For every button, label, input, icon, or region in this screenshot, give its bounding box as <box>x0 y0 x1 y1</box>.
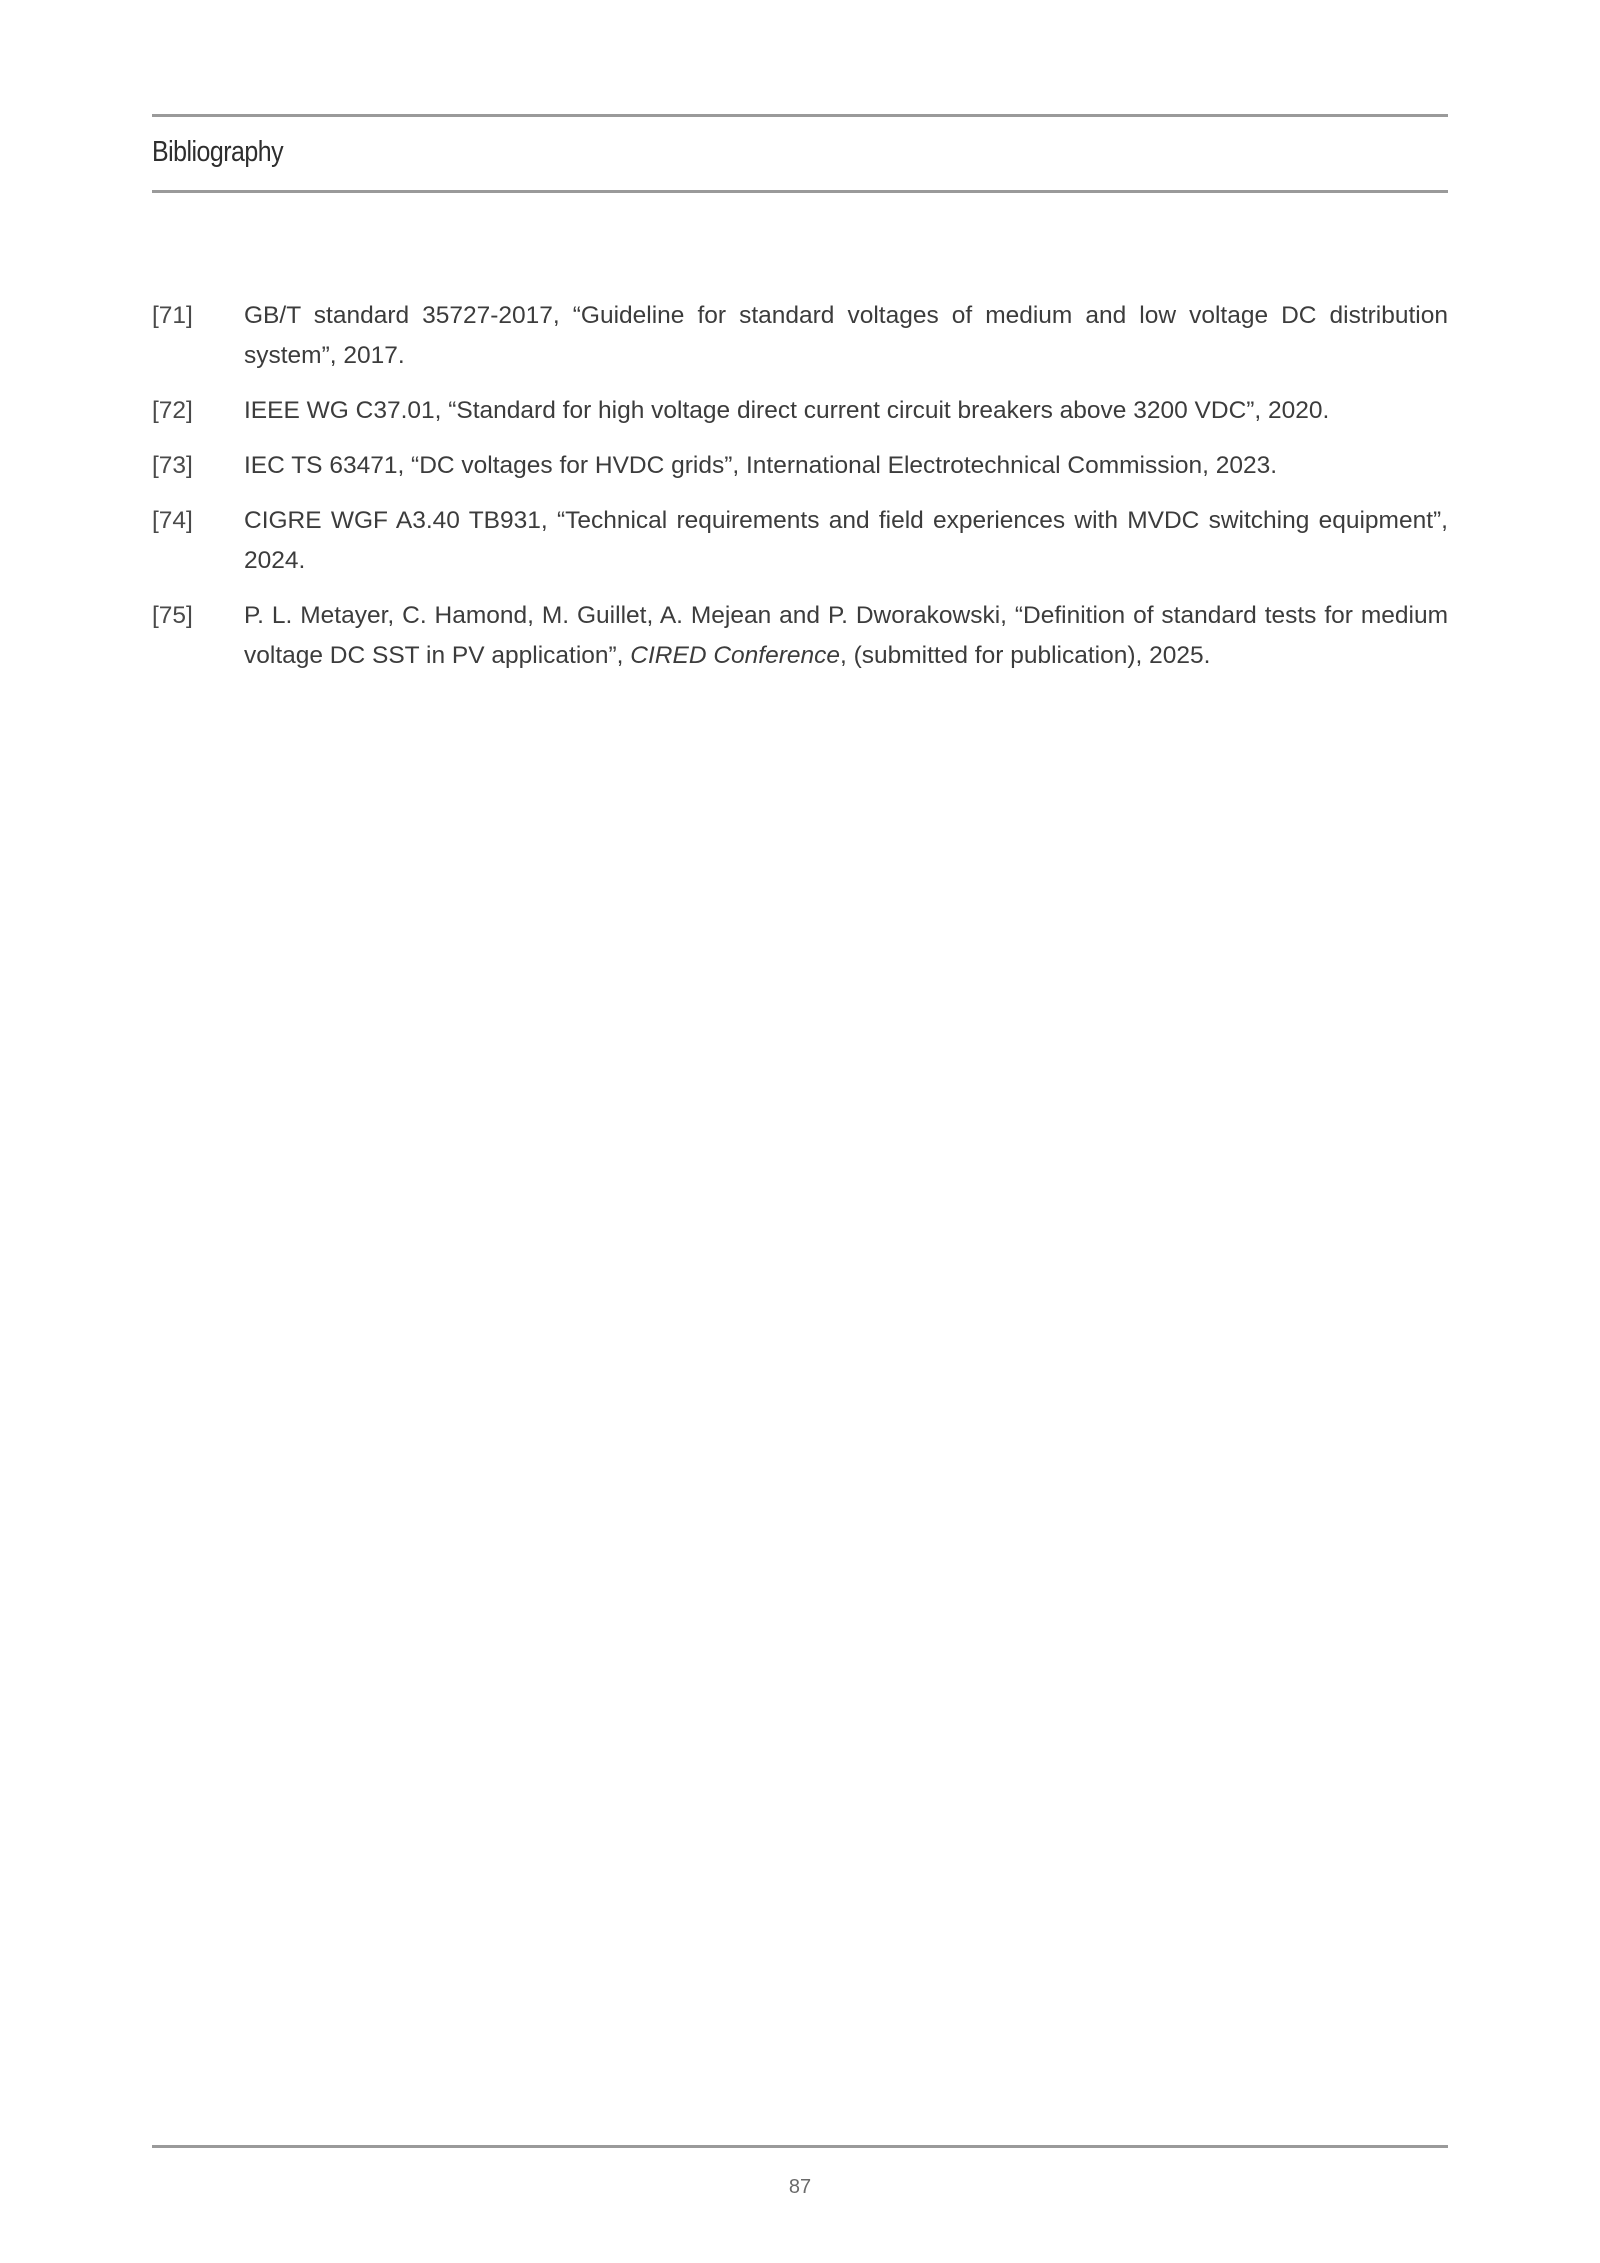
journal-name: CIRED Conference <box>630 642 840 669</box>
reference-item-74: [74] CIGRE WGF A3.40 TB931, “Technical r… <box>152 501 1448 581</box>
reference-text: IEEE WG C37.01, “Standard for high volta… <box>244 397 1329 424</box>
header-top-rule <box>152 114 1448 117</box>
reference-item-75: [75] P. L. Metayer, C. Hamond, M. Guille… <box>152 596 1448 676</box>
reference-number: [73] <box>152 446 193 486</box>
reference-text: GB/T standard 35727-2017, “Guideline for… <box>244 302 1448 369</box>
reference-item-72: [72] IEEE WG C37.01, “Standard for high … <box>152 391 1448 431</box>
reference-number: [74] <box>152 501 193 541</box>
reference-number: [72] <box>152 391 193 431</box>
page-number: 87 <box>0 2176 1600 2199</box>
reference-text: CIGRE WGF A3.40 TB931, “Technical requir… <box>244 507 1448 574</box>
header-bottom-rule <box>152 190 1448 193</box>
reference-number: [71] <box>152 296 193 336</box>
reference-number: [75] <box>152 596 193 636</box>
running-head-title: Bibliography <box>152 132 283 172</box>
reference-text: P. L. Metayer, C. Hamond, M. Guillet, A.… <box>244 602 1448 669</box>
reference-text: IEC TS 63471, “DC voltages for HVDC grid… <box>244 452 1277 479</box>
reference-item-73: [73] IEC TS 63471, “DC voltages for HVDC… <box>152 446 1448 486</box>
reference-item-71: [71] GB/T standard 35727-2017, “Guidelin… <box>152 296 1448 376</box>
reference-list: [71] GB/T standard 35727-2017, “Guidelin… <box>152 296 1448 691</box>
footer-rule <box>152 2145 1448 2148</box>
